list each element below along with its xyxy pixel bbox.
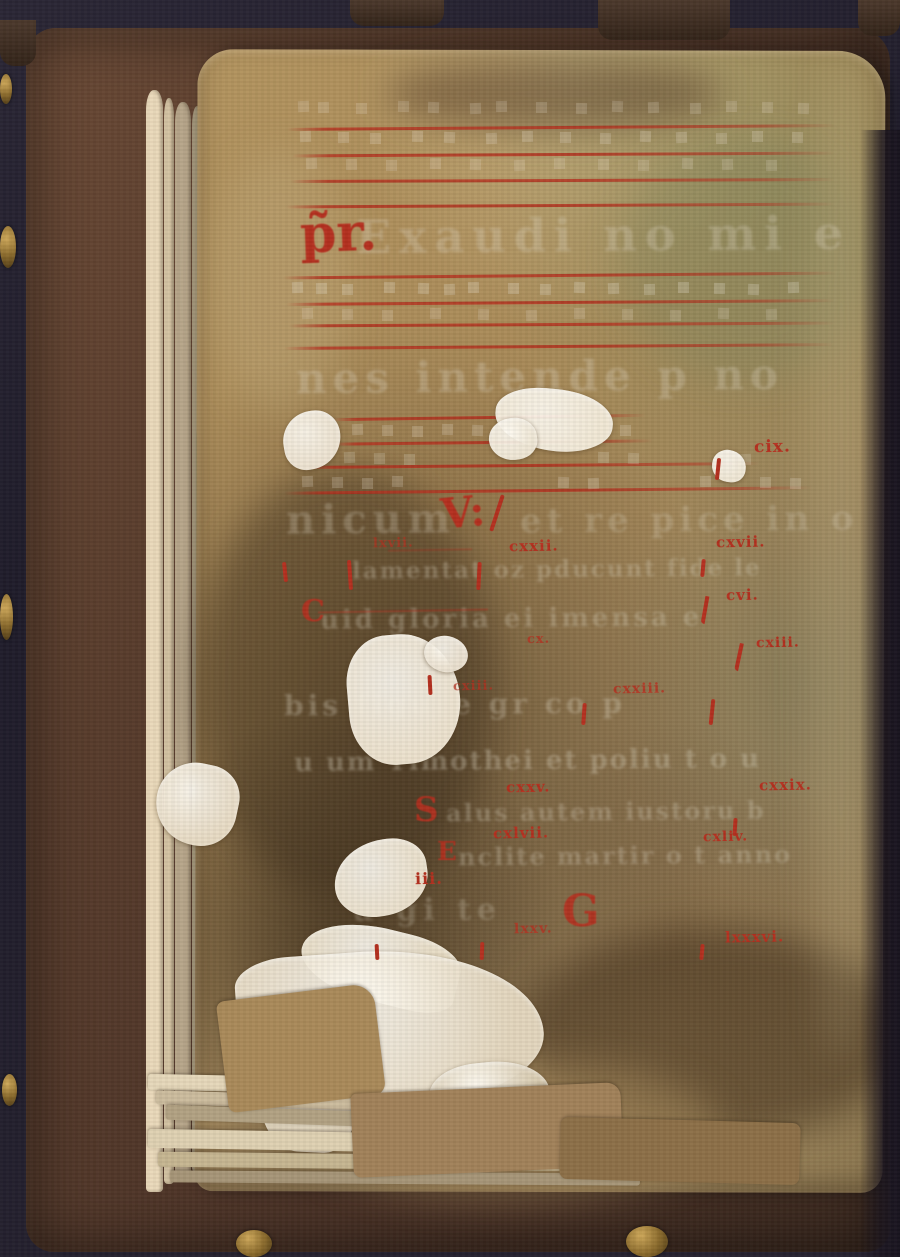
manuscript-page xyxy=(195,49,886,1193)
manuscript-photograph: Exaudi no mi enes intende p nonicumet re… xyxy=(0,0,900,1257)
brass-boss xyxy=(2,1074,17,1106)
brass-boss xyxy=(0,594,13,640)
right-edge-shadow xyxy=(860,130,900,1257)
brass-boss xyxy=(0,74,12,104)
brass-boss xyxy=(0,226,16,268)
leather-binding-lump xyxy=(350,0,444,26)
